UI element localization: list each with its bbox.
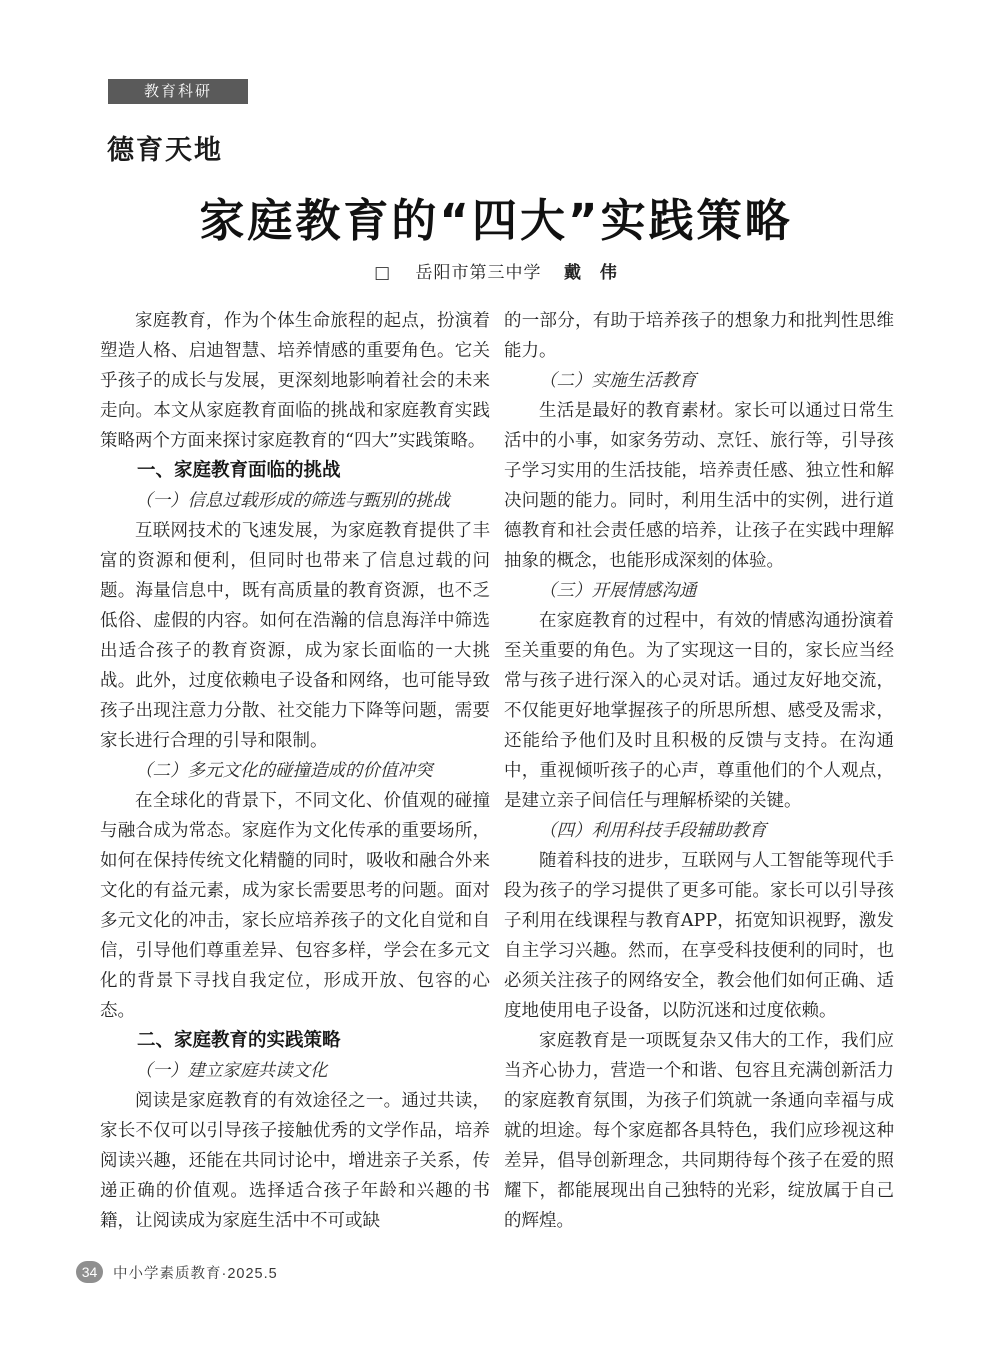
sub-heading: （二）多元文化的碰撞造成的价值冲突 bbox=[100, 756, 490, 786]
article-columns: 家庭教育，作为个体生命旅程的起点，扮演着塑造人格、启迪智慧、培养情感的重要角色。… bbox=[100, 306, 894, 1236]
body-paragraph: 互联网技术的飞速发展，为家庭教育提供了丰富的资源和便利，但同时也带来了信息过载的… bbox=[100, 516, 490, 756]
sub-heading: （二）实施生活教育 bbox=[504, 366, 894, 396]
body-paragraph: 随着科技的进步，互联网与人工智能等现代手段为孩子的学习提供了更多可能。家长可以引… bbox=[504, 846, 894, 1026]
body-paragraph: 家庭教育是一项既复杂又伟大的工作，我们应当齐心协力，营造一个和谐、包容且充满创新… bbox=[504, 1026, 894, 1236]
body-paragraph: 在家庭教育的过程中，有效的情感沟通扮演着至关重要的角色。为了实现这一目的，家长应… bbox=[504, 606, 894, 816]
sub-heading: （四）利用科技手段辅助教育 bbox=[504, 816, 894, 846]
magazine-page: 教育科研 德育天地 家庭教育的“四大”实践策略 □ 岳阳市第三中学 戴 伟 家庭… bbox=[0, 0, 992, 1346]
body-paragraph: 生活是最好的教育素材。家长可以通过日常生活中的小事，如家务劳动、烹饪、旅行等，引… bbox=[504, 396, 894, 576]
body-paragraph: 在全球化的背景下，不同文化、价值观的碰撞与融合成为常态。家庭作为文化传承的重要场… bbox=[100, 786, 490, 1026]
column-label: 德育天地 bbox=[107, 128, 223, 167]
page-number-badge: 34 bbox=[76, 1261, 103, 1283]
column-right: 的一部分，有助于培养孩子的想象力和批判性思维能力。（二）实施生活教育生活是最好的… bbox=[504, 306, 894, 1236]
author-line: □ 岳阳市第三中学 戴 伟 bbox=[0, 258, 992, 283]
author-affiliation: 岳阳市第三中学 bbox=[416, 263, 542, 283]
section-heading: 二、家庭教育的实践策略 bbox=[100, 1026, 490, 1056]
category-badge: 教育科研 bbox=[108, 79, 248, 104]
author-name: 戴 伟 bbox=[564, 263, 618, 283]
page-footer: 34 中小学素质教育·2025.5 bbox=[76, 1261, 278, 1283]
article-title: 家庭教育的“四大”实践策略 bbox=[0, 184, 992, 249]
body-paragraph: 家庭教育，作为个体生命旅程的起点，扮演着塑造人格、启迪智慧、培养情感的重要角色。… bbox=[100, 306, 490, 456]
sub-heading: （一）信息过载形成的筛选与甄别的挑战 bbox=[100, 486, 490, 516]
body-paragraph: 的一部分，有助于培养孩子的想象力和批判性思维能力。 bbox=[504, 306, 894, 366]
column-left: 家庭教育，作为个体生命旅程的起点，扮演着塑造人格、启迪智慧、培养情感的重要角色。… bbox=[100, 306, 490, 1236]
sub-heading: （一）建立家庭共读文化 bbox=[100, 1056, 490, 1086]
body-paragraph: 阅读是家庭教育的有效途径之一。通过共读，家长不仅可以引导孩子接触优秀的文学作品，… bbox=[100, 1086, 490, 1236]
author-marker-icon: □ bbox=[374, 263, 391, 283]
journal-title: 中小学素质教育·2025.5 bbox=[113, 1262, 278, 1283]
section-heading: 一、家庭教育面临的挑战 bbox=[100, 456, 490, 486]
sub-heading: （三）开展情感沟通 bbox=[504, 576, 894, 606]
